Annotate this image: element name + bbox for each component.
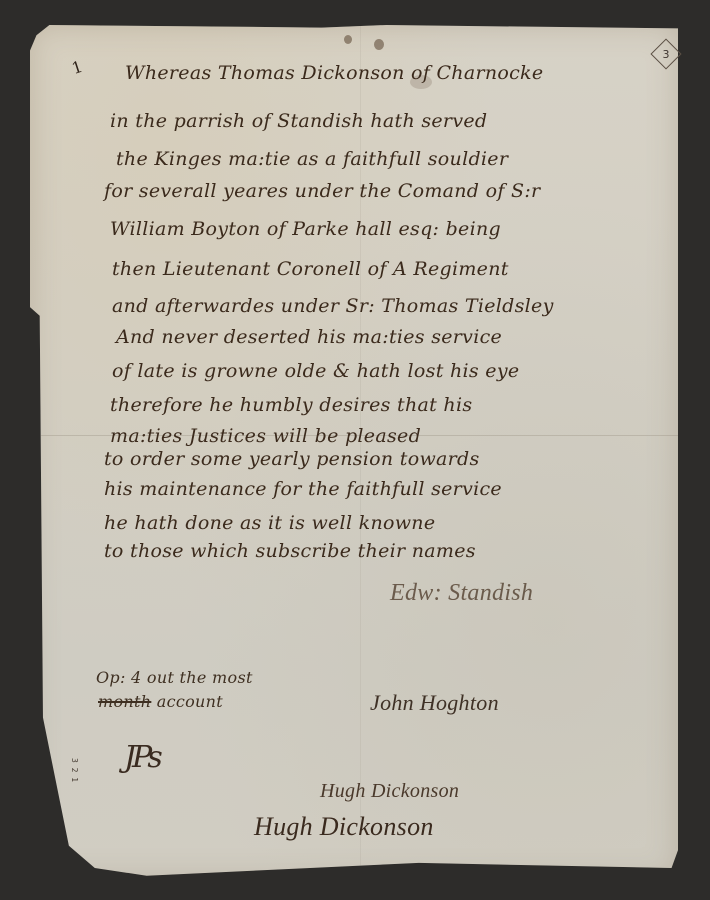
- body-line-11: ma:ties Justices will be pleased: [110, 425, 421, 447]
- body-line-4: for severall yeares under the Comand of …: [104, 180, 540, 202]
- marginal-note-line-1: Op: 4 out the most: [96, 668, 253, 687]
- body-line-13: his maintenance for the faithfull servic…: [104, 478, 502, 500]
- struck-word: month: [98, 692, 151, 711]
- body-line-10: therefore he humbly desires that his: [110, 394, 472, 416]
- signature-hugh-lower: Hugh Dickonson: [254, 812, 434, 842]
- signature-standish: Edw: Standish: [390, 580, 533, 607]
- body-line-9: of late is growne olde & hath lost his e…: [112, 360, 519, 382]
- document-viewer: 1 3 Whereas Thomas Dickonson of Charnock…: [0, 0, 710, 900]
- signature-hoghton: John Hoghton: [370, 690, 499, 716]
- ink-stain: [344, 35, 352, 44]
- signature-hugh-upper: Hugh Dickonson: [320, 780, 459, 803]
- body-line-12: to order some yearly pension towards: [104, 448, 480, 470]
- folio-number: 3: [663, 48, 670, 61]
- note-word: account: [157, 692, 223, 711]
- initials-mark: JPs: [124, 740, 159, 775]
- body-line-3: the Kinges ma:tie as a faithfull souldie…: [116, 148, 508, 170]
- body-line-5: William Boyton of Parke hall esq: being: [110, 218, 501, 240]
- body-line-14: he hath done as it is well knowne: [104, 512, 435, 534]
- body-line-8: And never deserted his ma:ties service: [116, 326, 502, 348]
- body-line-2: in the parrish of Standish hath served: [110, 110, 487, 132]
- body-line-6: then Lieutenant Coronell of A Regiment: [112, 258, 509, 280]
- edge-marks: 3 2 1: [70, 758, 79, 782]
- marginal-note-line-2: month account: [98, 692, 223, 711]
- ink-stain: [374, 39, 384, 50]
- body-line-1: Whereas Thomas Dickonson of Charnocke: [125, 62, 543, 84]
- body-line-7: and afterwardes under Sr: Thomas Tieldsl…: [112, 295, 554, 317]
- body-line-15: to those which subscribe their names: [104, 540, 476, 562]
